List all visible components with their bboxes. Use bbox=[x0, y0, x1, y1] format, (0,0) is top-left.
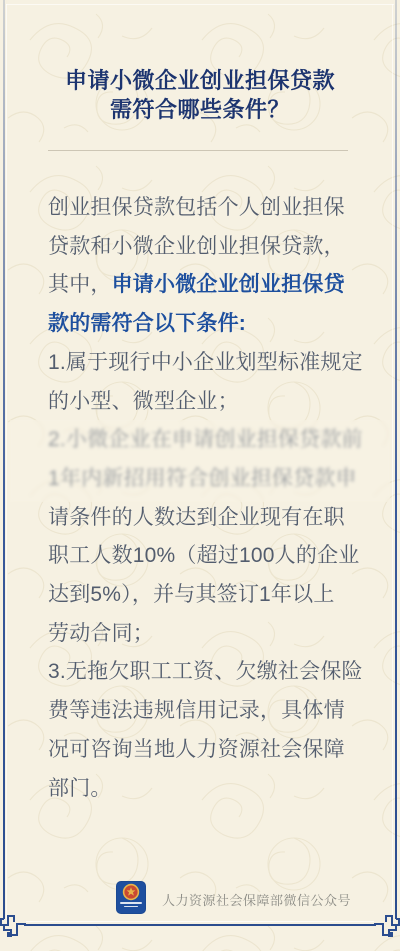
national-emblem-badge-icon bbox=[116, 881, 146, 914]
condition-1-paragraph: 1.属于现行中小企业划型标准规定 的小型、微型企业； bbox=[48, 344, 370, 421]
footer: 人力资源社会保障部微信公众号 bbox=[0, 876, 400, 920]
page-title: 申请小微企业创业担保贷款 需符合哪些条件？ bbox=[20, 66, 380, 124]
condition-3-paragraph: 3.无拖欠职工工资、欠缴社会保险 费等违法违规信用记录，具体情 况可咨询当地人力… bbox=[48, 653, 370, 808]
national-emblem-icon bbox=[122, 883, 140, 901]
footer-account-label: 人力资源社会保障部微信公众号 bbox=[162, 890, 351, 909]
page-title-line2: 需符合哪些条件？ bbox=[20, 95, 380, 124]
frame-bottom-highlight-line bbox=[26, 921, 374, 922]
inner-frame-right-line bbox=[392, 4, 393, 920]
frame-right-line bbox=[395, 0, 397, 918]
title-divider bbox=[48, 150, 348, 151]
badge-text-bar bbox=[124, 906, 138, 908]
frame-left-line bbox=[3, 0, 5, 918]
inner-frame-left-line bbox=[6, 4, 7, 920]
poster-page: 申请小微企业创业担保贷款 需符合哪些条件？ 创业担保贷款包括个人创业担保 贷款和… bbox=[0, 0, 400, 951]
badge-text-bar bbox=[120, 902, 142, 904]
frame-bottom-line bbox=[24, 924, 376, 926]
page-title-line1: 申请小微企业创业担保贷款 bbox=[20, 66, 380, 95]
inner-frame-top-line bbox=[6, 4, 394, 5]
watermark-blur-artifact bbox=[10, 420, 390, 502]
intro-paragraph: 创业担保贷款包括个人创业担保 贷款和小微企业创业担保贷款， 其中，申请小微企业创… bbox=[48, 189, 370, 344]
